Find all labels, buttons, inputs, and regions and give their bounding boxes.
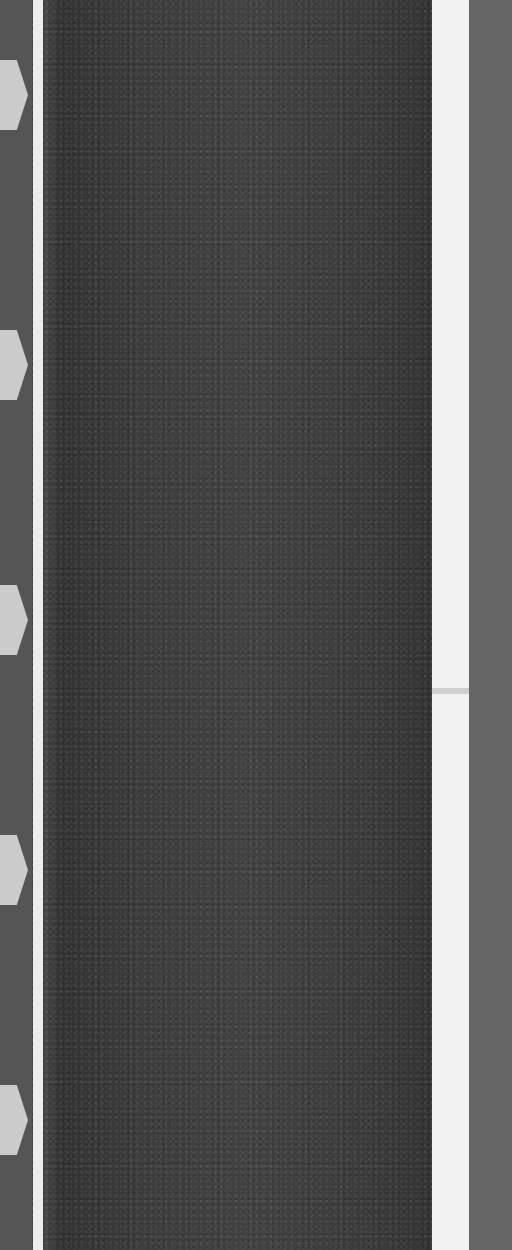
left-edge-line <box>33 0 43 1250</box>
paint-seam <box>432 688 469 694</box>
right-lane-line <box>432 0 469 1250</box>
right-shoulder <box>469 0 512 1250</box>
road-scene <box>0 0 512 1250</box>
